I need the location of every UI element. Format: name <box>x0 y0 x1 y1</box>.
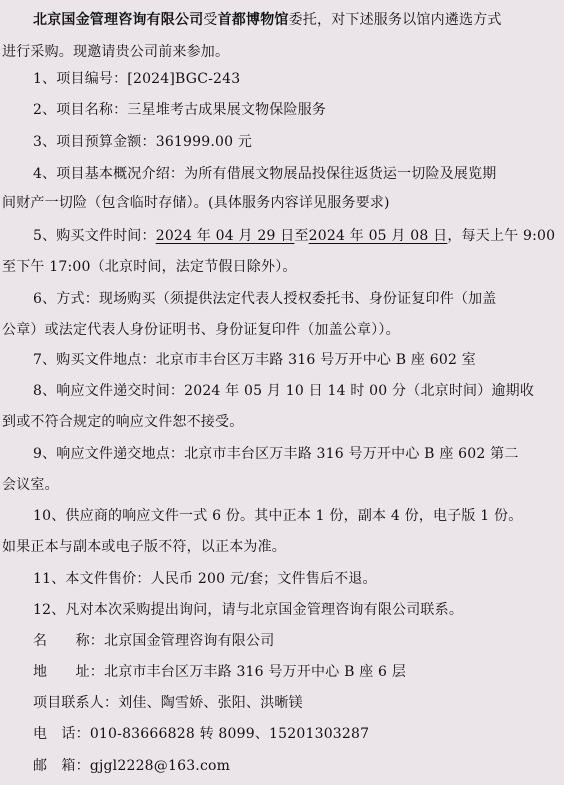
contact-address: 地 址：北京市丰台区万丰路 316 号万开中心 B 座 6 层 <box>33 663 406 681</box>
email-address: gjgl2228@163.com <box>90 758 230 774</box>
item-9-submission-location-line-1: 9、响应文件递交地点：北京市丰台区万丰路 316 号万开中心 B 座 602 第… <box>33 445 519 463</box>
procurement-notice: 北京国金管理咨询有限公司受首都博物馆委托，对下述服务以馆内遴选方式 进行采购。现… <box>0 0 564 785</box>
item-6-method-line-1: 6、方式：现场购买（须提供法定代表人授权委托书、身份证复印件（加盖 <box>33 290 497 308</box>
end-date: 2024 年 05 月 08 日 <box>309 228 448 244</box>
item-8-submission-time-line-1: 8、响应文件递交时间：2024 年 05 月 10 日 14 时 00 分（北京… <box>33 382 534 400</box>
contact-company-name: 名 称：北京国金管理咨询有限公司 <box>33 632 274 650</box>
item-11-price: 11、本文件售价：人民币 200 元/套；文件售后不退。 <box>33 570 377 588</box>
item-12-inquiry: 12、凡对本次采购提出询问，请与北京国金管理咨询有限公司联系。 <box>33 601 463 619</box>
item-8-submission-time-line-2: 到或不符合规定的响应文件恕不接受。 <box>2 413 243 431</box>
intro-line-1: 北京国金管理咨询有限公司受首都博物馆委托，对下述服务以馆内遴选方式 <box>33 11 502 29</box>
contact-persons: 项目联系人：刘佳、陶雪娇、张阳、洪晰镁 <box>33 694 303 712</box>
item-7-purchase-location: 7、购买文件地点：北京市丰台区万丰路 316 号万开中心 B 座 602 室 <box>33 351 476 369</box>
item-3-budget: 3、项目预算金额：361999.00 元 <box>33 133 252 151</box>
item-6-method-line-2: 公章）或法定代表人身份证明书、身份证复印件（加盖公章））。 <box>2 321 400 339</box>
item-9-submission-location-line-2: 会议室。 <box>2 476 59 494</box>
contact-email: 邮 箱：gjgl2228@163.com <box>33 757 230 775</box>
item-5-purchase-time-line-1: 5、购买文件时间：2024 年 04 月 29 日至2024 年 05 月 08… <box>33 227 555 245</box>
agency-name: 北京国金管理咨询有限公司 <box>33 12 203 28</box>
item-4-overview-line-2: 间财产一切险（包含临时存储）。(具体服务内容详见服务要求) <box>2 194 390 212</box>
contact-phone: 电 话：010-83666828 转 8099、15201303287 <box>33 725 369 743</box>
item-5-purchase-time-line-2: 至下午 17:00（北京时间，法定节假日除外）。 <box>2 258 297 276</box>
item-2-project-name: 2、项目名称：三星堆考古成果展文物保险服务 <box>33 101 326 119</box>
item-4-overview-line-1: 4、项目基本概况介绍：为所有借展文物展品投保往返货运一切险及展览期 <box>33 165 497 183</box>
start-date: 2024 年 04 月 29 日 <box>156 228 295 244</box>
item-10-copies-line-1: 10、供应商的响应文件一式 6 份。其中正本 1 份，副本 4 份，电子版 1 … <box>33 507 522 525</box>
intro-line-2: 进行采购。现邀请贵公司前来参加。 <box>2 43 229 61</box>
item-10-copies-line-2: 如果正本与副本或电子版不符，以正本为准。 <box>2 538 286 556</box>
client-name: 首都博物馆 <box>218 12 289 28</box>
item-1-project-number: 1、项目编号：[2024]BGC-243 <box>33 70 240 88</box>
